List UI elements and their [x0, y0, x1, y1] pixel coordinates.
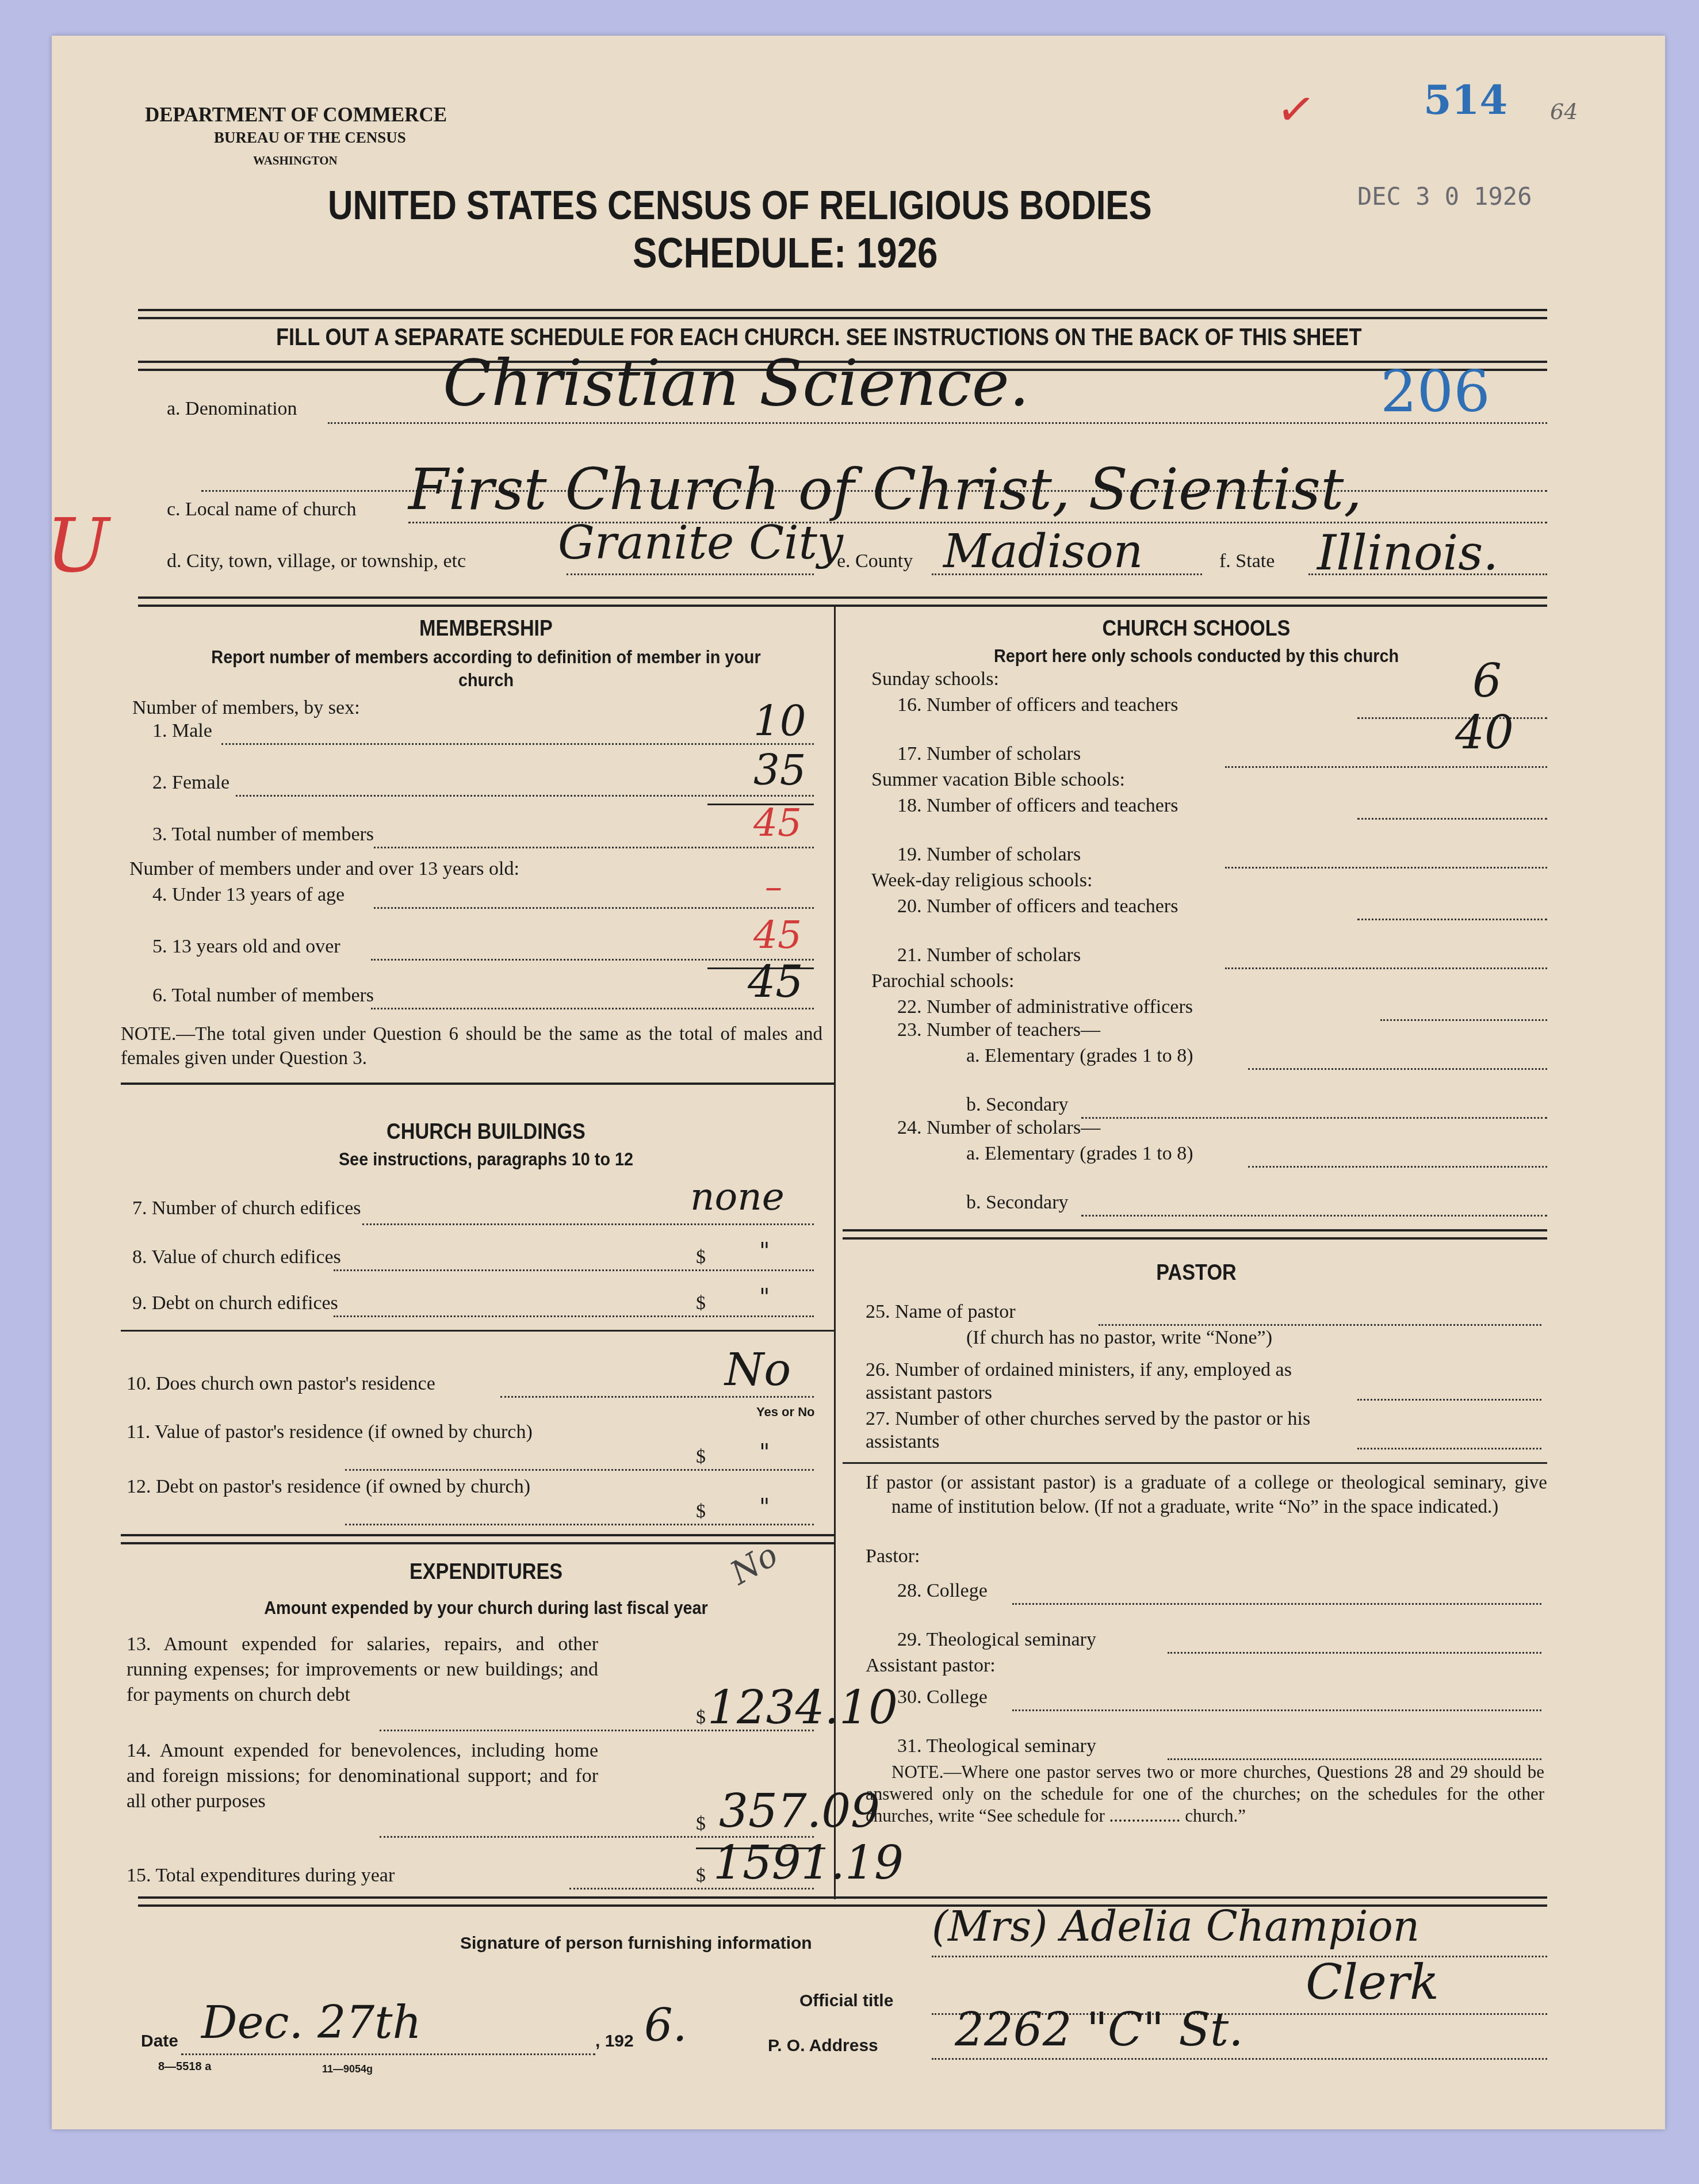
q21-label: 21. Number of scholars — [897, 944, 1081, 966]
buildings-title: CHURCH BUILDINGS — [173, 1120, 799, 1145]
currency-sign: $ — [696, 1865, 706, 1887]
residence-value-label: 11. Value of pastor's residence (if owne… — [127, 1419, 598, 1445]
female-field-line — [236, 795, 814, 797]
print-number: 11—9054g — [322, 2063, 373, 2075]
year-field[interactable]: 6. — [644, 2000, 687, 2052]
edifice-debt-label: 9. Debt on church edifices — [132, 1292, 338, 1314]
divider-line — [121, 1083, 834, 1085]
sunday-scholars-field[interactable]: 40 — [1455, 706, 1514, 759]
currency-sign: $ — [696, 1246, 706, 1268]
year-prefix: , 192 — [595, 2032, 634, 2051]
assistant-college-field[interactable] — [1012, 1709, 1541, 1711]
q23a-label: a. Elementary (grades 1 to 8) — [966, 1045, 1193, 1067]
q23-label: 23. Number of teachers— — [897, 1019, 1100, 1041]
membership-title: MEMBERSHIP — [173, 617, 799, 641]
edifice-value-field[interactable]: " — [759, 1238, 770, 1264]
total-members-2-label: 6. Total number of members — [152, 985, 374, 1007]
currency-sign: $ — [696, 1446, 706, 1468]
local-name-label: c. Local name of church — [167, 499, 356, 521]
benevolences-field[interactable]: 357.09 — [719, 1784, 880, 1838]
form-title: UNITED STATES CENSUS OF RELIGIOUS BODIES — [328, 182, 1152, 228]
residence-debt-label: 12. Debt on pastor's residence (if owned… — [127, 1474, 598, 1500]
owns-residence-label: 10. Does church own pastor's residence — [127, 1373, 435, 1395]
sunday-schools-label: Sunday schools: — [871, 668, 999, 690]
city-label: d. City, town, village, or township, etc — [167, 550, 466, 572]
q16-label: 16. Number of officers and teachers — [897, 694, 1178, 716]
q20-field-line[interactable] — [1357, 919, 1547, 920]
edifice-debt-field-line — [334, 1315, 814, 1317]
address-field[interactable]: 2262 "C" St. — [955, 2003, 1243, 2056]
county-field[interactable]: Madison — [943, 525, 1143, 578]
official-title-field[interactable]: Clerk — [1306, 1954, 1439, 2010]
owns-residence-field[interactable]: No — [725, 1344, 791, 1396]
q17-label: 17. Number of scholars — [897, 743, 1081, 765]
department-name: DEPARTMENT OF COMMERCE — [145, 104, 447, 127]
date-label: Date — [141, 2032, 178, 2051]
weekday-schools-label: Week-day religious schools: — [871, 870, 1092, 892]
q23a-field-line[interactable] — [1248, 1068, 1547, 1070]
total-members-2-field-line — [371, 1008, 814, 1009]
summer-schools-label: Summer vacation Bible schools: — [871, 769, 1125, 791]
q29-label: 29. Theological seminary — [897, 1629, 1096, 1651]
church-schools-title: CHURCH SCHOOLS — [881, 617, 1512, 641]
total-expenditures-label: 15. Total expenditures during year — [127, 1865, 395, 1887]
age-label: Number of members under and over 13 year… — [129, 858, 519, 880]
signature-field[interactable]: (Mrs) Adelia Champion — [932, 1902, 1419, 1950]
graduate-instructions: If pastor (or assistant pastor) is a gra… — [891, 1471, 1547, 1519]
divider-line — [121, 1330, 834, 1332]
date-field[interactable]: Dec. 27th — [201, 1997, 422, 2049]
male-count-field[interactable]: 10 — [753, 697, 806, 745]
county-label: e. County — [837, 550, 913, 572]
male-label: 1. Male — [152, 720, 212, 742]
denomination-field-line — [328, 422, 1547, 424]
divider-line — [138, 596, 1547, 607]
bureau-city: WASHINGTON — [253, 154, 338, 168]
q19-field-line[interactable] — [1225, 867, 1547, 869]
address-field-line — [932, 2058, 1547, 2060]
under-13-label: 4. Under 13 years of age — [152, 884, 345, 906]
edifice-count-label: 7. Number of church edifices — [132, 1198, 361, 1219]
pastor-note: NOTE.—Where one pastor serves two or mor… — [866, 1761, 1544, 1827]
received-date-stamp: DEC 3 0 1926 — [1357, 182, 1532, 211]
sunday-officers-field[interactable]: 6 — [1472, 654, 1502, 707]
denomination-code: 206 — [1380, 358, 1490, 425]
q27-field-line[interactable] — [1357, 1448, 1541, 1449]
state-label: f. State — [1219, 550, 1275, 572]
total-members-label: 3. Total number of members — [152, 824, 374, 846]
residence-debt-field[interactable]: " — [759, 1494, 770, 1520]
parochial-schools-label: Parochial schools: — [871, 970, 1014, 992]
pastor-seminary-field[interactable] — [1168, 1652, 1541, 1654]
residence-value-field[interactable]: " — [759, 1439, 770, 1466]
q24a-label: a. Elementary (grades 1 to 8) — [966, 1143, 1193, 1165]
male-field-line — [221, 743, 814, 745]
q30-label: 30. College — [897, 1686, 988, 1708]
divider-line — [843, 1462, 1547, 1464]
total-members-2-field[interactable]: 45 — [748, 956, 803, 1007]
currency-sign: $ — [696, 1707, 706, 1728]
state-field[interactable]: Illinois. — [1317, 525, 1498, 581]
residence-debt-field-line — [345, 1524, 814, 1525]
total-members-field-line — [374, 847, 814, 848]
q25-hint: (If church has no pastor, write “None”) — [966, 1327, 1272, 1349]
expenditures-title: EXPENDITURES — [173, 1560, 799, 1585]
signature-field-line — [932, 1956, 1547, 1957]
under-13-field[interactable]: – — [765, 867, 782, 907]
schedule-year: SCHEDULE: 1926 — [633, 228, 937, 277]
membership-subtitle: Report number of members according to de… — [194, 645, 779, 691]
running-expenses-field[interactable]: 1234.10 — [707, 1681, 898, 1734]
divider-line — [843, 1229, 1547, 1240]
under-13-field-line — [374, 907, 814, 909]
denomination-field[interactable]: Christian Science. — [443, 346, 1030, 420]
bureau-name: BUREAU OF THE CENSUS — [214, 129, 406, 147]
female-label: 2. Female — [152, 772, 229, 794]
over-13-label: 5. 13 years old and over — [152, 936, 340, 958]
q26-label: 26. Number of ordained ministers, if any… — [866, 1359, 1349, 1405]
total-members-field[interactable]: 45 — [753, 801, 802, 845]
currency-sign: $ — [696, 1813, 706, 1835]
check-mark-icon: ✓ — [1273, 81, 1319, 139]
assistant-pastor-subhead: Assistant pastor: — [866, 1655, 996, 1677]
residence-value-field-line — [345, 1469, 814, 1471]
q24-label: 24. Number of scholars— — [897, 1117, 1100, 1139]
expenditures-subtitle: Amount expended by your church during la… — [173, 1597, 799, 1619]
divider-line — [138, 309, 1547, 319]
file-number: 514 — [1424, 76, 1507, 124]
assistant-seminary-field[interactable] — [1168, 1758, 1541, 1760]
margin-mark: U — [46, 502, 109, 589]
edifice-count-field[interactable]: none — [690, 1175, 785, 1219]
q22-label: 22. Number of administrative officers — [897, 996, 1193, 1018]
edifice-value-field-line — [334, 1269, 814, 1271]
form-number: 8—5518 a — [158, 2060, 211, 2074]
q26-field-line[interactable] — [1357, 1399, 1541, 1401]
date-field-line — [181, 2053, 595, 2055]
currency-sign: $ — [696, 1292, 706, 1314]
q23b-field-line[interactable] — [1081, 1117, 1547, 1119]
church-schools-subtitle: Report here only schools conducted by th… — [881, 645, 1512, 667]
q24b-label: b. Secondary — [966, 1192, 1069, 1214]
q24a-field-line[interactable] — [1248, 1166, 1547, 1168]
q21-field-line[interactable] — [1225, 967, 1547, 969]
female-count-field[interactable]: 35 — [753, 746, 806, 794]
owns-residence-field-line — [500, 1396, 814, 1398]
pastor-college-field[interactable] — [1012, 1603, 1541, 1605]
q25-label: 25. Name of pastor — [866, 1301, 1016, 1323]
q31-label: 31. Theological seminary — [897, 1735, 1096, 1757]
edifice-count-field-line — [362, 1223, 814, 1225]
city-field[interactable]: Granite City — [558, 516, 843, 569]
pencil-note: 64 — [1550, 99, 1578, 124]
q23b-label: b. Secondary — [966, 1094, 1069, 1116]
census-schedule-sheet: DEPARTMENT OF COMMERCE BUREAU OF THE CEN… — [52, 36, 1665, 2129]
divider-line — [121, 1534, 834, 1544]
edifice-value-label: 8. Value of church edifices — [132, 1246, 341, 1268]
q27-label: 27. Number of other churches served by t… — [866, 1407, 1349, 1454]
membership-note: NOTE.—The total given under Question 6 s… — [121, 1022, 822, 1070]
pastor-title: PASTOR — [881, 1261, 1512, 1286]
q18-field-line[interactable] — [1357, 818, 1547, 820]
local-name-field[interactable]: First Church of Christ, Scientist, — [408, 456, 1362, 523]
buildings-subtitle: See instructions, paragraphs 10 to 12 — [173, 1149, 799, 1170]
q28-label: 28. College — [897, 1580, 988, 1602]
q17-field-line — [1225, 766, 1547, 768]
edifice-debt-field[interactable]: " — [759, 1284, 770, 1310]
pastor-name-field[interactable] — [1099, 1324, 1541, 1326]
running-expenses-label: 13. Amount expended for salaries, repair… — [127, 1632, 598, 1708]
over-13-field[interactable]: 45 — [753, 913, 802, 957]
city-field-line — [567, 573, 814, 575]
benevolences-label: 14. Amount expended for benevolences, in… — [127, 1738, 598, 1814]
q18-label: 18. Number of officers and teachers — [897, 795, 1178, 817]
q24b-field-line[interactable] — [1081, 1215, 1547, 1217]
q22-field-line[interactable] — [1380, 1019, 1547, 1021]
signature-label: Signature of person furnishing informati… — [460, 1934, 812, 1953]
total-expenditures-field[interactable]: 1591.19 — [713, 1836, 904, 1890]
official-title-label: Official title — [799, 1991, 893, 2011]
pastor-subhead: Pastor: — [866, 1546, 920, 1567]
q19-label: 19. Number of scholars — [897, 844, 1081, 866]
currency-sign: $ — [696, 1501, 706, 1523]
q20-label: 20. Number of officers and teachers — [897, 896, 1178, 917]
by-sex-label: Number of members, by sex: — [132, 697, 360, 719]
yes-or-no-hint: Yes or No — [756, 1405, 814, 1420]
address-label: P. O. Address — [768, 2036, 878, 2056]
q16-field-line — [1357, 717, 1547, 719]
denomination-label: a. Denomination — [167, 398, 297, 420]
